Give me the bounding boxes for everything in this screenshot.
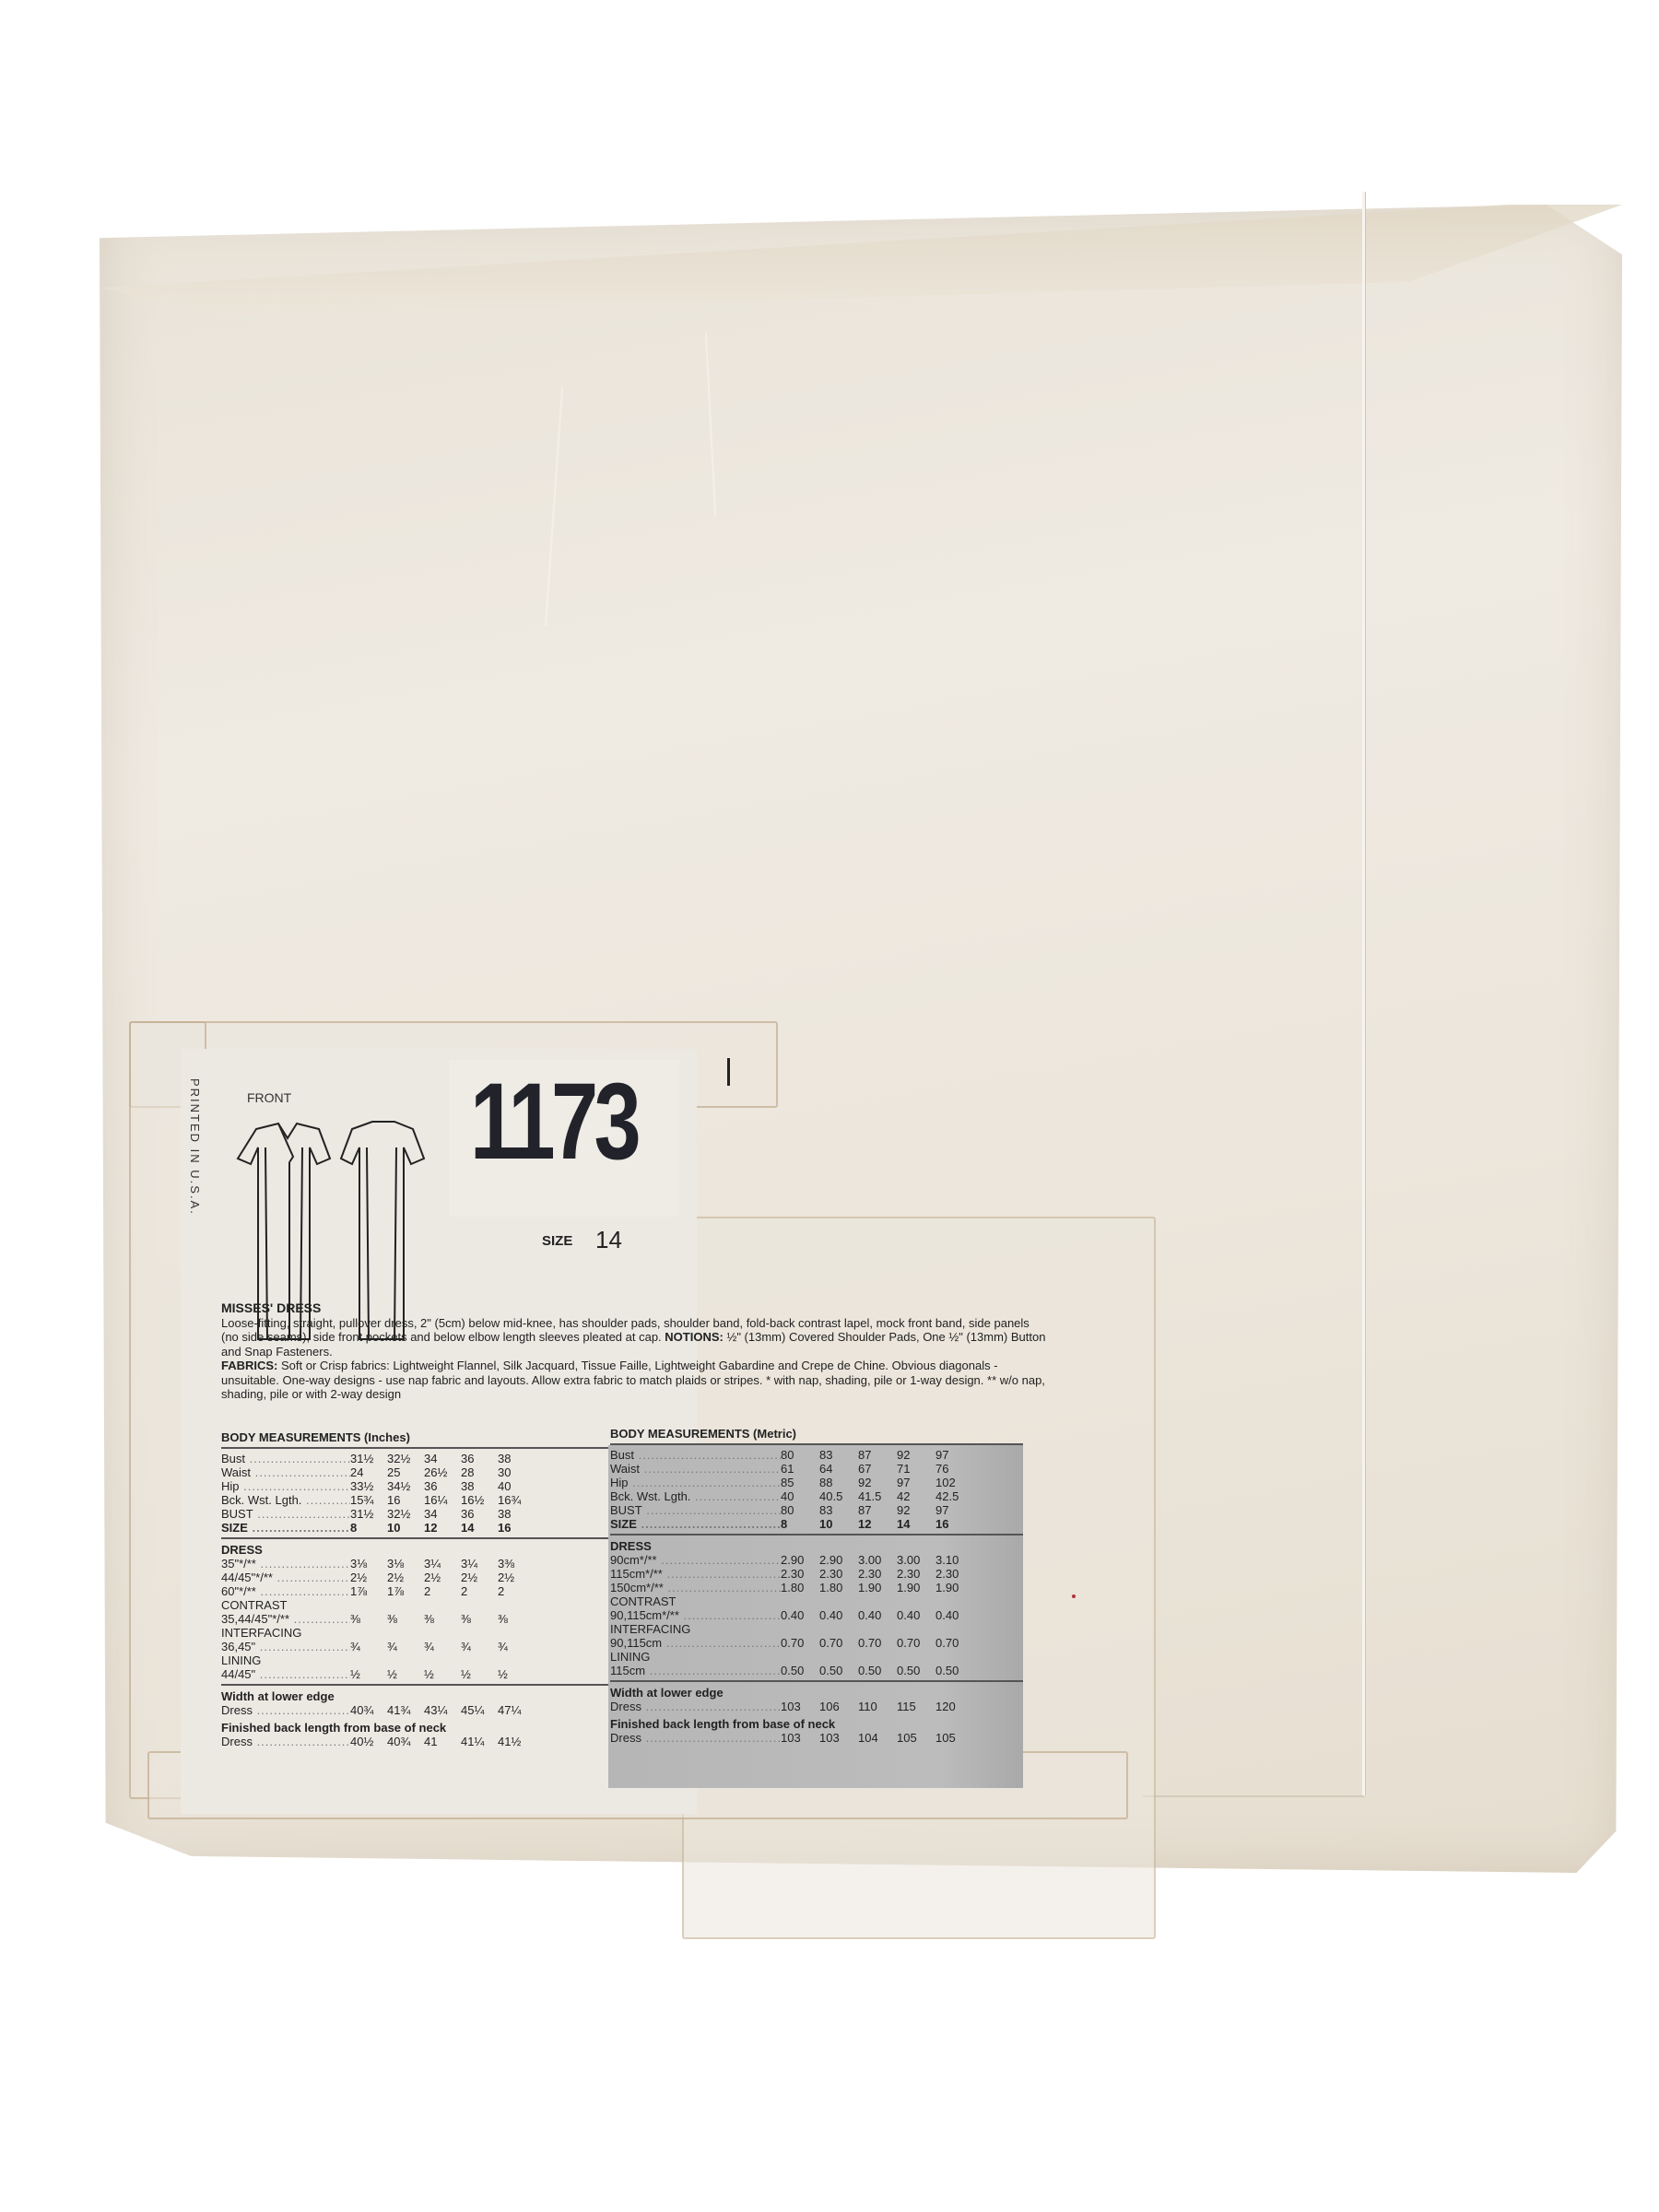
row-value: 3.00 [897,1553,935,1567]
row-value: ⅜ [350,1612,387,1626]
table-row: Waist242526½2830 [221,1465,608,1479]
row-value: 16 [935,1517,974,1531]
pattern-description: MISSES' DRESS Loose-fitting, straight, p… [221,1301,1046,1402]
table-row: Bust31½32½343638 [221,1452,608,1465]
row-label: BUST [610,1503,781,1517]
row-value: 2.30 [858,1567,897,1581]
row-value: 38 [498,1452,535,1465]
table-row: Bust8083879297 [610,1448,1023,1462]
row-label: 90,115cm*/** [610,1608,781,1622]
row-value: 3.10 [935,1553,974,1567]
row-value: 24 [350,1465,387,1479]
size-value: 14 [595,1226,622,1254]
table-row: SIZE810121416 [610,1517,1023,1531]
row-value: 41¾ [387,1703,424,1717]
row-value: 25 [387,1465,424,1479]
row-value: 76 [935,1462,974,1476]
row-label: Bck. Wst. Lgth. [610,1489,781,1503]
row-value: 34 [424,1452,461,1465]
row-label: Dress [221,1735,350,1748]
row-value: 92 [858,1476,897,1489]
row-value: 34 [424,1507,461,1521]
row-value: 3.00 [858,1553,897,1567]
notions-label: NOTIONS: [665,1330,724,1344]
row-label: 60"*/** [221,1584,350,1598]
row-value: 0.70 [781,1636,819,1650]
row-label: BUST [221,1507,350,1521]
row-value: 47¼ [498,1703,535,1717]
row-value: 104 [858,1731,897,1745]
table-heading: BODY MEASUREMENTS (Metric) [610,1427,1023,1441]
row-value: 41 [424,1735,461,1748]
row-value: 2.30 [897,1567,935,1581]
row-value: 92 [897,1503,935,1517]
row-value: 0.70 [819,1636,858,1650]
row-value: 115 [897,1700,935,1713]
row-value: 0.40 [819,1608,858,1622]
row-value: 0.50 [781,1664,819,1677]
row-value: 10 [387,1521,424,1535]
row-label: 90cm*/** [610,1553,781,1567]
row-label: 150cm*/** [610,1581,781,1594]
row-value: 2½ [461,1571,498,1584]
row-value: 14 [897,1517,935,1531]
inches-measurement-table: BODY MEASUREMENTS (Inches)Bust31½32½3436… [221,1430,608,1748]
section-heading: CONTRAST [221,1598,608,1612]
row-value: 2.90 [819,1553,858,1567]
table-row: 90,115cm*/**0.400.400.400.400.40 [610,1608,1023,1622]
row-value: 64 [819,1462,858,1476]
row-value: 36 [424,1479,461,1493]
row-label: Dress [610,1700,781,1713]
row-value: 40 [781,1489,819,1503]
row-value: 1.80 [819,1581,858,1594]
row-value: 41¼ [461,1735,498,1748]
table-row: 60"*/**1⅞1⅞222 [221,1584,608,1598]
row-label: 90,115cm [610,1636,781,1650]
row-value: 38 [498,1507,535,1521]
table-row: 115cm0.500.500.500.500.50 [610,1664,1023,1677]
row-value: ¾ [424,1640,461,1653]
row-value: 80 [781,1448,819,1462]
row-value: 2½ [498,1571,535,1584]
row-label: Waist [610,1462,781,1476]
row-value: 92 [897,1448,935,1462]
row-value: 41.5 [858,1489,897,1503]
row-value: 61 [781,1462,819,1476]
pattern-number: 1173 [470,1067,637,1176]
row-value: 0.50 [897,1664,935,1677]
row-label: Bust [221,1452,350,1465]
table-row: 115cm*/**2.302.302.302.302.30 [610,1567,1023,1581]
row-value: 97 [935,1503,974,1517]
row-value: 80 [781,1503,819,1517]
row-value: 36 [461,1507,498,1521]
row-value: 16¼ [424,1493,461,1507]
row-value: 2.30 [781,1567,819,1581]
row-value: 0.40 [781,1608,819,1622]
row-value: 87 [858,1448,897,1462]
front-view-label: FRONT [247,1090,291,1105]
row-value: 88 [819,1476,858,1489]
section-heading: Finished back length from base of neck [221,1721,608,1735]
row-label: Dress [221,1703,350,1717]
row-value: ⅜ [424,1612,461,1626]
row-value: 83 [819,1503,858,1517]
row-value: 3⅛ [350,1557,387,1571]
row-value: ½ [424,1667,461,1681]
table-row: 44/45"*/**2½2½2½2½2½ [221,1571,608,1584]
row-value: 102 [935,1476,974,1489]
row-value: 97 [935,1448,974,1462]
table-row: Dress103103104105105 [610,1731,1023,1745]
row-value: 28 [461,1465,498,1479]
row-value: ⅜ [461,1612,498,1626]
row-value: 3⅛ [387,1557,424,1571]
row-label: Hip [221,1479,350,1493]
row-value: 14 [461,1521,498,1535]
row-value: 8 [350,1521,387,1535]
table-rule [610,1443,1023,1445]
row-label: SIZE [610,1517,781,1531]
row-value: ½ [498,1667,535,1681]
row-value: 34½ [387,1479,424,1493]
table-rule [221,1684,608,1686]
row-value: 2½ [350,1571,387,1584]
table-row: 150cm*/**1.801.801.901.901.90 [610,1581,1023,1594]
row-value: 41½ [498,1735,535,1748]
row-value: 30 [498,1465,535,1479]
row-value: 45¼ [461,1703,498,1717]
table-row: 35,44/45"*/**⅜⅜⅜⅜⅜ [221,1612,608,1626]
row-value: 0.50 [858,1664,897,1677]
envelope-bottom-seam [1143,1795,1364,1797]
row-value: 0.50 [819,1664,858,1677]
row-value: 16½ [461,1493,498,1507]
table-row: Hip33½34½363840 [221,1479,608,1493]
table-rule [610,1680,1023,1682]
row-value: 40¾ [387,1735,424,1748]
metric-measurement-table: BODY MEASUREMENTS (Metric)Bust8083879297… [610,1427,1023,1745]
row-value: ¾ [498,1640,535,1653]
row-value: 105 [897,1731,935,1745]
row-value: 71 [897,1462,935,1476]
row-value: 120 [935,1700,974,1713]
row-value: 15¾ [350,1493,387,1507]
row-value: 2 [461,1584,498,1598]
row-value: 43¼ [424,1703,461,1717]
section-heading: INTERFACING [610,1622,1023,1636]
row-value: 1⅞ [350,1584,387,1598]
row-value: 0.40 [897,1608,935,1622]
row-value: ½ [461,1667,498,1681]
table-heading: BODY MEASUREMENTS (Inches) [221,1430,608,1444]
row-label: Waist [221,1465,350,1479]
row-value: ⅜ [387,1612,424,1626]
row-value: 2½ [424,1571,461,1584]
row-value: 40 [498,1479,535,1493]
table-row: SIZE810121416 [221,1521,608,1535]
red-mark [1072,1594,1076,1598]
row-label: 44/45"*/** [221,1571,350,1584]
table-row: Bck. Wst. Lgth.4040.541.54242.5 [610,1489,1023,1503]
table-row: Dress40¾41¾43¼45¼47¼ [221,1703,608,1717]
row-value: 1⅞ [387,1584,424,1598]
row-value: 0.70 [935,1636,974,1650]
row-value: 0.40 [858,1608,897,1622]
row-label: 35,44/45"*/** [221,1612,350,1626]
printed-in-note: PRINTED IN U.S.A. [188,1078,202,1216]
table-row: 90,115cm0.700.700.700.700.70 [610,1636,1023,1650]
table-row: Dress103106110115120 [610,1700,1023,1713]
row-value: ½ [350,1667,387,1681]
row-value: 31½ [350,1452,387,1465]
row-value: 2.30 [935,1567,974,1581]
row-value: 26½ [424,1465,461,1479]
row-value: 103 [819,1731,858,1745]
row-label: Bust [610,1448,781,1462]
row-value: 3¼ [424,1557,461,1571]
table-rule [221,1447,608,1449]
table-row: Bck. Wst. Lgth.15¾1616¼16½16¾ [221,1493,608,1507]
table-row: Hip85889297102 [610,1476,1023,1489]
table-row: 35"*/**3⅛3⅛3¼3¼3⅜ [221,1557,608,1571]
row-value: 40½ [350,1735,387,1748]
section-heading: Width at lower edge [221,1689,608,1703]
row-label: SIZE [221,1521,350,1535]
row-value: 38 [461,1479,498,1493]
row-value: 16¾ [498,1493,535,1507]
row-label: Bck. Wst. Lgth. [221,1493,350,1507]
row-value: 40.5 [819,1489,858,1503]
row-value: 33½ [350,1479,387,1493]
row-value: 8 [781,1517,819,1531]
row-value: 1.90 [858,1581,897,1594]
row-value: 97 [897,1476,935,1489]
row-label: 115cm*/** [610,1567,781,1581]
row-value: ½ [387,1667,424,1681]
table-row: 36,45"¾¾¾¾¾ [221,1640,608,1653]
section-heading: LINING [221,1653,608,1667]
row-value: ¾ [350,1640,387,1653]
row-value: 32½ [387,1452,424,1465]
row-value: 1.90 [897,1581,935,1594]
table-row: Dress40½40¾4141¼41½ [221,1735,608,1748]
row-value: 16 [387,1493,424,1507]
row-value: 2.90 [781,1553,819,1567]
row-value: ⅜ [498,1612,535,1626]
row-value: 67 [858,1462,897,1476]
section-heading: DRESS [221,1543,608,1557]
row-value: 2½ [387,1571,424,1584]
row-label: Hip [610,1476,781,1489]
section-heading: DRESS [610,1539,1023,1553]
table-rule [610,1534,1023,1535]
section-heading: LINING [610,1650,1023,1664]
row-value: 40¾ [350,1703,387,1717]
row-value: 10 [819,1517,858,1531]
fabrics-label: FABRICS: [221,1359,277,1372]
row-value: 0.50 [935,1664,974,1677]
row-value: 0.70 [858,1636,897,1650]
table-rule [221,1537,608,1539]
row-value: 0.40 [935,1608,974,1622]
row-value: 1.80 [781,1581,819,1594]
row-label: 35"*/** [221,1557,350,1571]
row-value: 0.70 [897,1636,935,1650]
row-value: 2 [498,1584,535,1598]
row-value: 3¼ [461,1557,498,1571]
row-value: 12 [424,1521,461,1535]
row-value: 36 [461,1452,498,1465]
registration-mark [727,1058,730,1086]
row-value: 42.5 [935,1489,974,1503]
row-value: 3⅜ [498,1557,535,1571]
row-value: 103 [781,1700,819,1713]
row-value: 16 [498,1521,535,1535]
row-value: 2 [424,1584,461,1598]
row-value: ¾ [387,1640,424,1653]
size-label: SIZE [542,1233,572,1249]
row-value: 103 [781,1731,819,1745]
row-value: 2.30 [819,1567,858,1581]
section-heading: CONTRAST [610,1594,1023,1608]
section-heading: INTERFACING [221,1626,608,1640]
row-label: 44/45" [221,1667,350,1681]
table-row: BUST31½32½343638 [221,1507,608,1521]
row-label: 115cm [610,1664,781,1677]
row-label: Dress [610,1731,781,1745]
row-value: 87 [858,1503,897,1517]
table-row: Waist6164677176 [610,1462,1023,1476]
envelope-side-seam [1362,192,1365,1795]
row-value: ¾ [461,1640,498,1653]
row-value: 42 [897,1489,935,1503]
row-value: 85 [781,1476,819,1489]
row-value: 106 [819,1700,858,1713]
section-heading: Finished back length from base of neck [610,1717,1023,1731]
row-value: 31½ [350,1507,387,1521]
table-row: BUST8083879297 [610,1503,1023,1517]
row-value: 12 [858,1517,897,1531]
row-value: 105 [935,1731,974,1745]
row-value: 83 [819,1448,858,1462]
row-value: 110 [858,1700,897,1713]
row-label: 36,45" [221,1640,350,1653]
table-row: 90cm*/**2.902.903.003.003.10 [610,1553,1023,1567]
row-value: 1.90 [935,1581,974,1594]
row-value: 32½ [387,1507,424,1521]
table-row: 44/45"½½½½½ [221,1667,608,1681]
section-heading: Width at lower edge [610,1686,1023,1700]
footnote-one: * with nap, shading, pile or 1-way desig… [766,1373,983,1387]
description-title: MISSES' DRESS [221,1301,1046,1316]
